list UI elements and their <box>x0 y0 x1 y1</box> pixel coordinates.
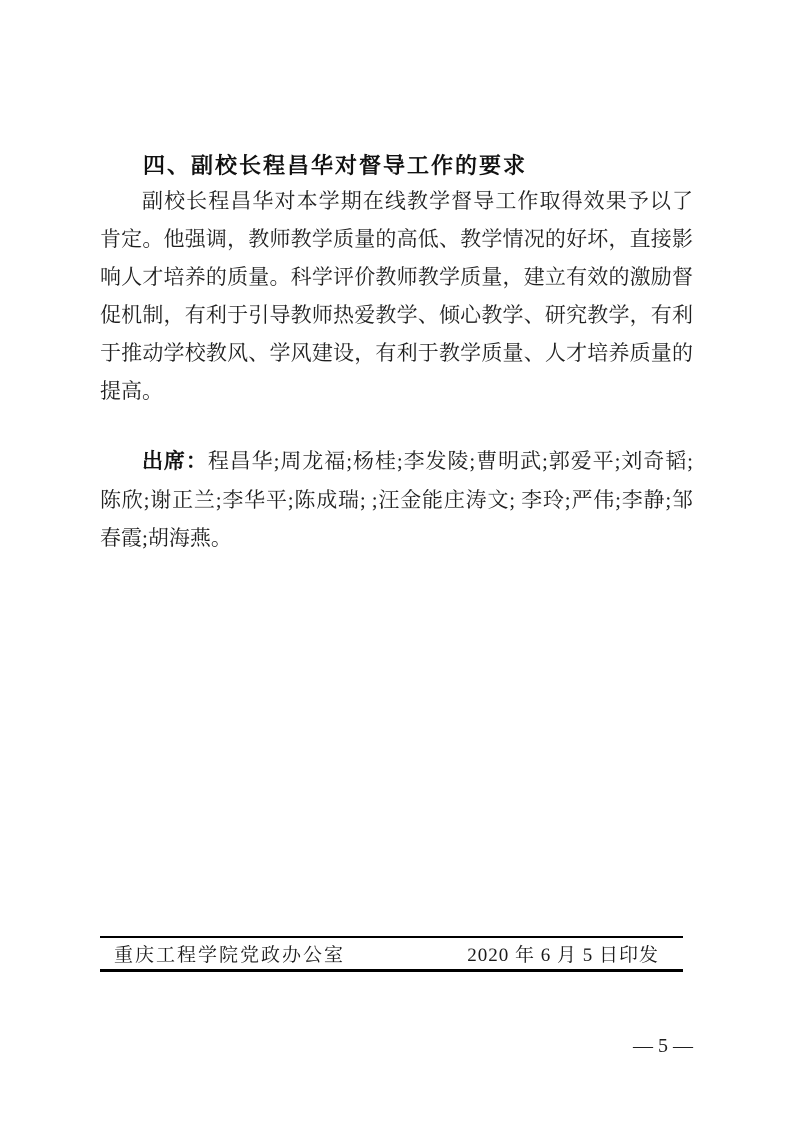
text-line: 提高。 <box>100 372 693 410</box>
page-number: — 5 — <box>613 1035 713 1058</box>
attendance-label: 出席： <box>142 450 208 473</box>
text-line: 肯定。他强调，教师教学质量的高低、教学情况的好坏，直接影 <box>100 220 693 258</box>
text-line: 于推动学校教风、学风建设，有利于教学质量、人才培养质量的 <box>100 334 693 372</box>
body-paragraph: 副校长程昌华对本学期在线教学督导工作取得效果予以了肯定。他强调，教师教学质量的高… <box>100 182 693 410</box>
footer-bar: 重庆工程学院党政办公室 2020 年 6 月 5 日印发 <box>100 936 683 972</box>
text-line: 春霞;胡海燕。 <box>100 519 693 557</box>
section-heading: 四、副校长程昌华对督导工作的要求 <box>100 149 693 180</box>
footer-print-date: 2020 年 6 月 5 日印发 <box>467 940 659 967</box>
text-line: 出席：程昌华;周龙福;杨桂;李发陵;曹明武;郭爱平;刘奇韬; <box>100 442 693 481</box>
text-line: 陈欣;谢正兰;李华平;陈成瑞; ;汪金能庄涛文; 李玲;严伟;李静;邹 <box>100 481 693 519</box>
text-line: 副校长程昌华对本学期在线教学督导工作取得效果予以了 <box>100 182 693 220</box>
text-line: 响人才培养的质量。科学评价教师教学质量，建立有效的激励督 <box>100 258 693 296</box>
document-page: 四、副校长程昌华对督导工作的要求 副校长程昌华对本学期在线教学督导工作取得效果予… <box>0 0 793 1122</box>
footer-issuer: 重庆工程学院党政办公室 <box>114 940 345 967</box>
text-line: 促机制，有利于引导教师热爱教学、倾心教学、研究教学，有利 <box>100 296 693 334</box>
attendance-paragraph: 出席：程昌华;周龙福;杨桂;李发陵;曹明武;郭爱平;刘奇韬;陈欣;谢正兰;李华平… <box>100 442 693 557</box>
